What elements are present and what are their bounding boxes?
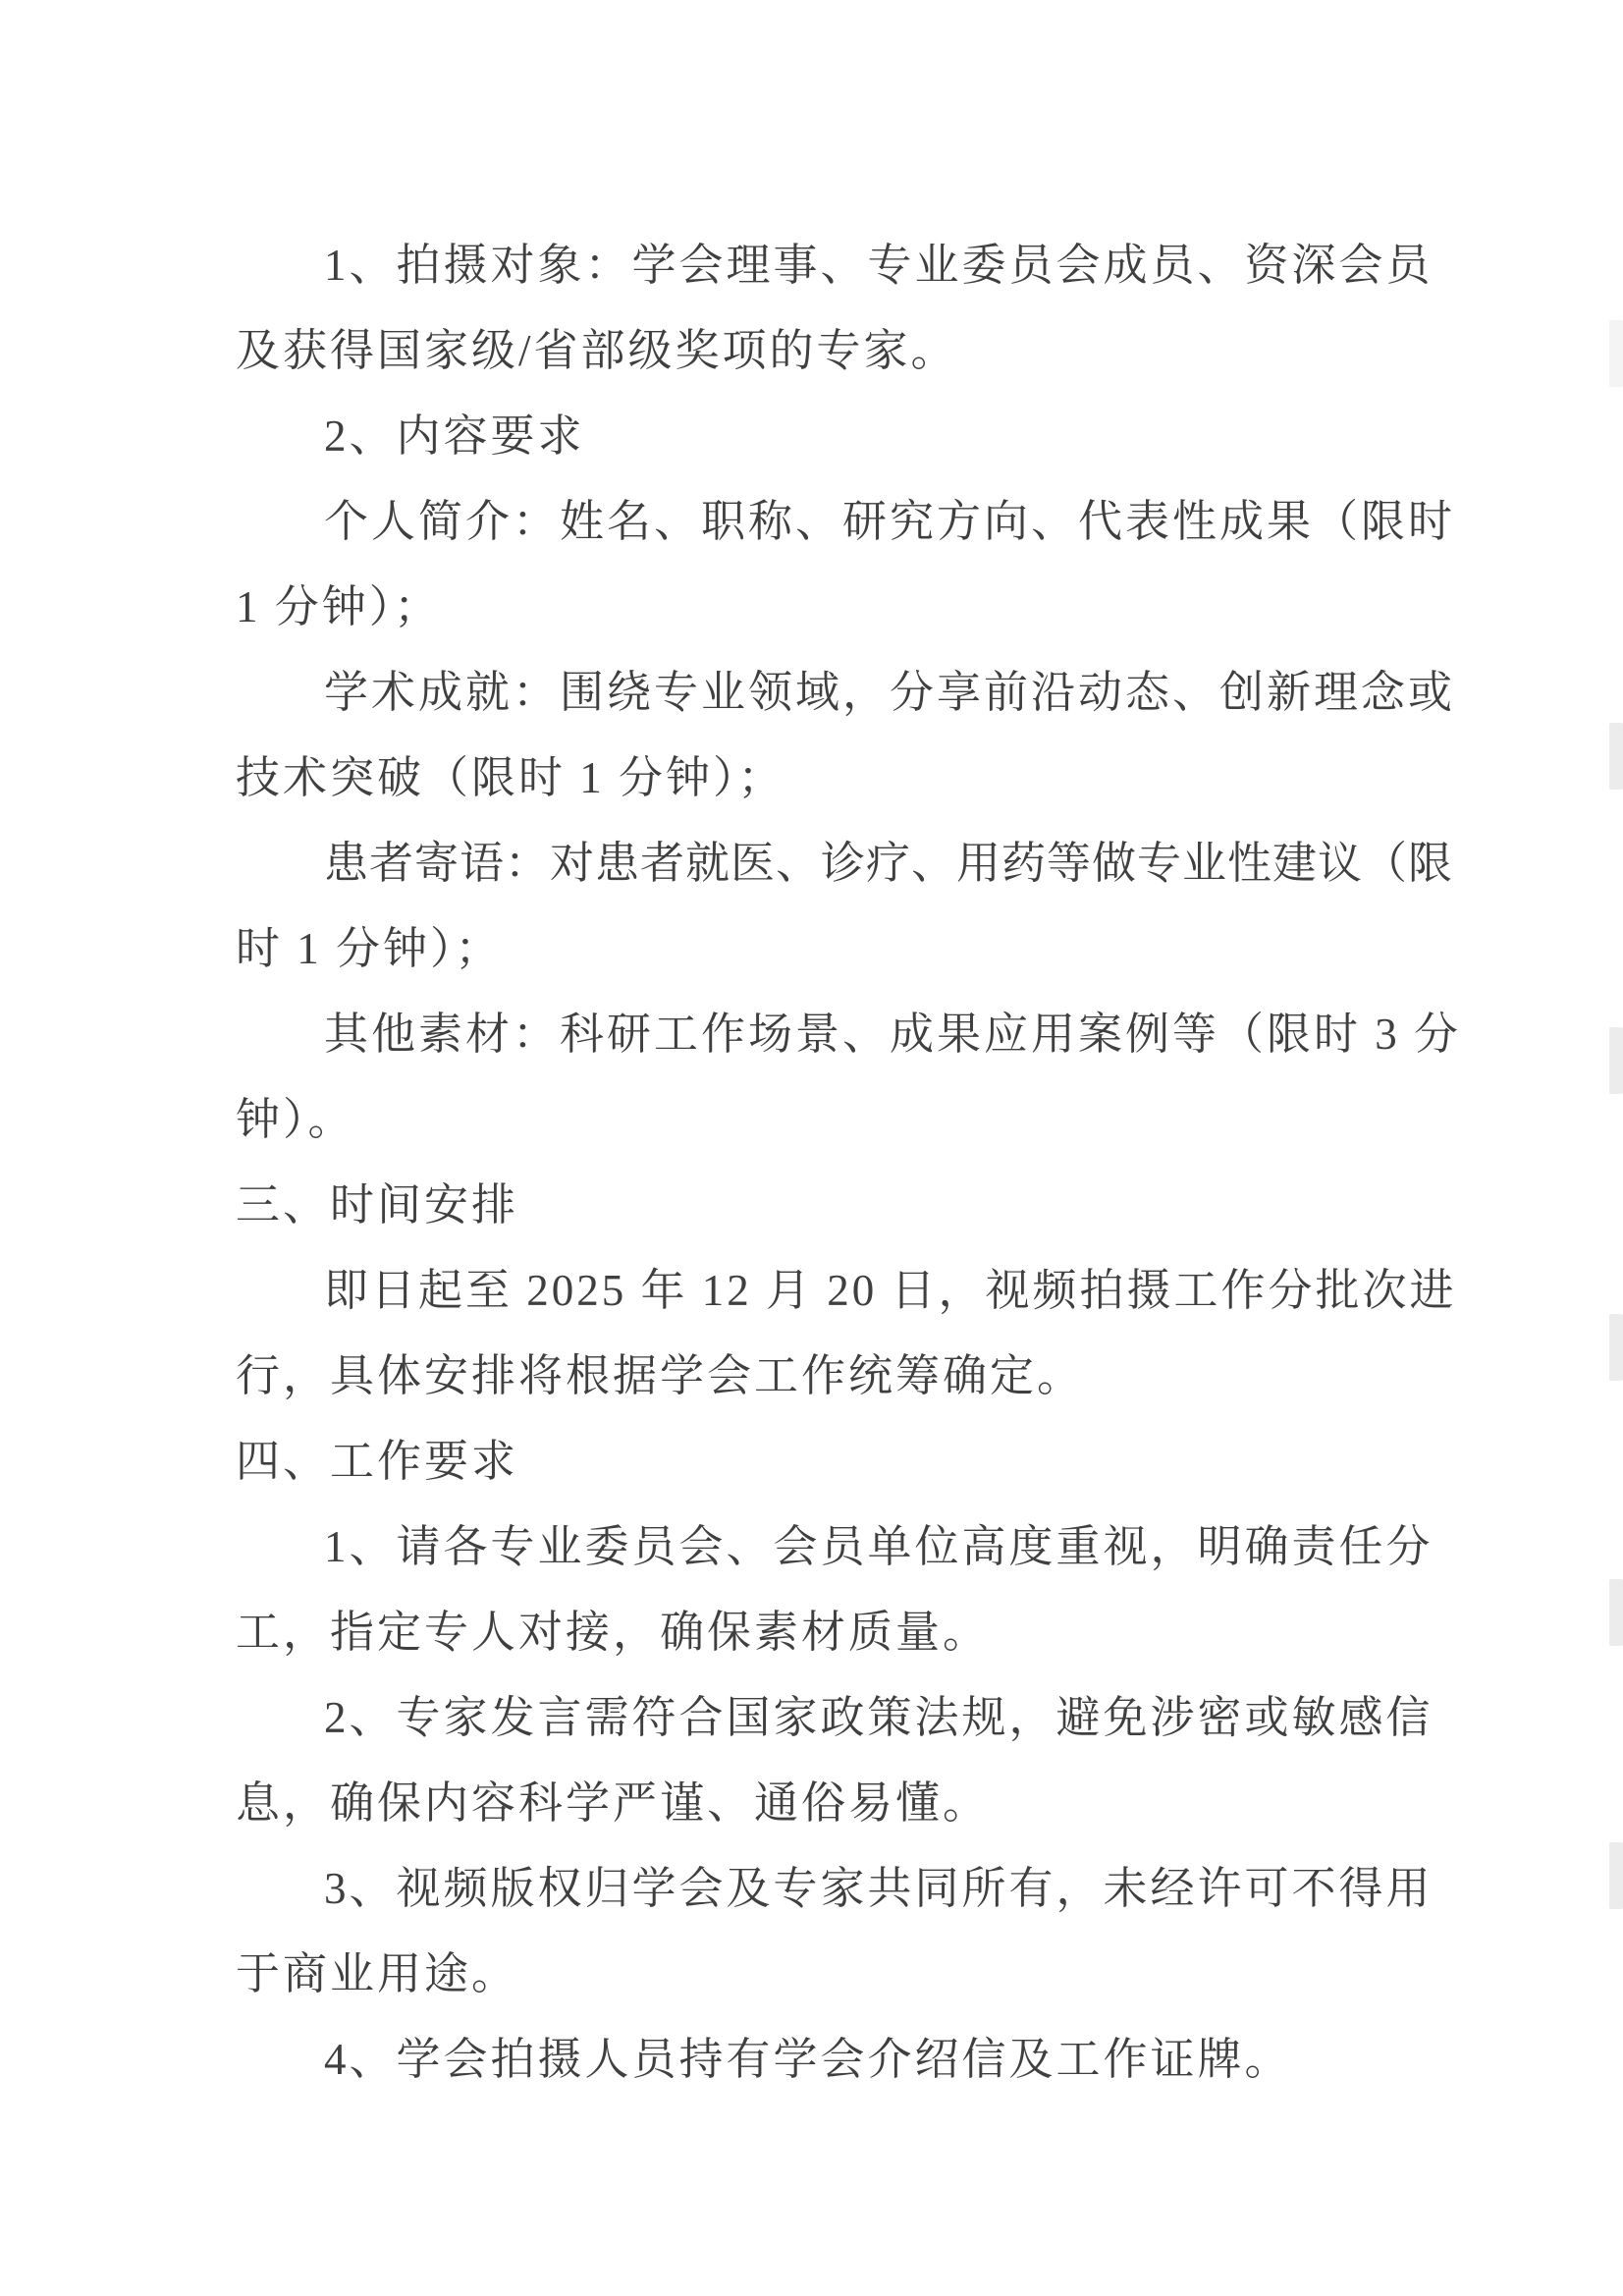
text-line: 即日起至 2025 年 12 月 20 日，视频拍摄工作分批次进: [236, 1248, 1475, 1334]
scan-smudge: [1609, 1579, 1623, 1646]
text-line: 1、请各专业委员会、会员单位高度重视，明确责任分: [236, 1504, 1475, 1590]
text-line: 技术突破（限时 1 分钟）；: [236, 736, 1475, 821]
section-heading: 三、时间安排: [236, 1163, 1475, 1248]
text-line: 其他素材：科研工作场景、成果应用案例等（限时 3 分: [236, 992, 1475, 1077]
text-line: 2、内容要求: [236, 394, 1475, 479]
text-line: 学术成就：围绕专业领域，分享前沿动态、创新理念或: [236, 650, 1475, 736]
text-line: 息，确保内容科学严谨、通俗易懂。: [236, 1761, 1475, 1846]
scan-smudge: [1609, 1314, 1623, 1381]
text-line: 时 1 分钟）；: [236, 906, 1475, 992]
scan-smudge: [1609, 320, 1623, 387]
text-line: 钟）。: [236, 1077, 1475, 1163]
text-line: 于商业用途。: [236, 1932, 1475, 2017]
scan-smudge: [1609, 1027, 1623, 1094]
text-line: 1 分钟）；: [236, 565, 1475, 650]
text-line: 及获得国家级/省部级奖项的专家。: [236, 308, 1475, 394]
text-line: 患者寄语：对患者就医、诊疗、用药等做专业性建议（限: [236, 821, 1475, 906]
section-heading: 四、工作要求: [236, 1419, 1475, 1504]
text-line: 3、视频版权归学会及专家共同所有，未经许可不得用: [236, 1846, 1475, 1932]
document-body: 1、拍摄对象：学会理事、专业委员会成员、资深会员 及获得国家级/省部级奖项的专家…: [236, 223, 1475, 2103]
scan-smudge: [1609, 723, 1623, 790]
scan-smudge: [1609, 1842, 1623, 1909]
text-line: 工，指定专人对接，确保素材质量。: [236, 1590, 1475, 1675]
text-line: 4、学会拍摄人员持有学会介绍信及工作证牌。: [236, 2017, 1475, 2103]
text-line: 行，具体安排将根据学会工作统筹确定。: [236, 1334, 1475, 1419]
text-line: 2、专家发言需符合国家政策法规，避免涉密或敏感信: [236, 1675, 1475, 1761]
text-line: 1、拍摄对象：学会理事、专业委员会成员、资深会员: [236, 223, 1475, 308]
text-line: 个人简介：姓名、职称、研究方向、代表性成果（限时: [236, 479, 1475, 565]
scanned-document-page: 1、拍摄对象：学会理事、专业委员会成员、资深会员 及获得国家级/省部级奖项的专家…: [0, 0, 1623, 2296]
